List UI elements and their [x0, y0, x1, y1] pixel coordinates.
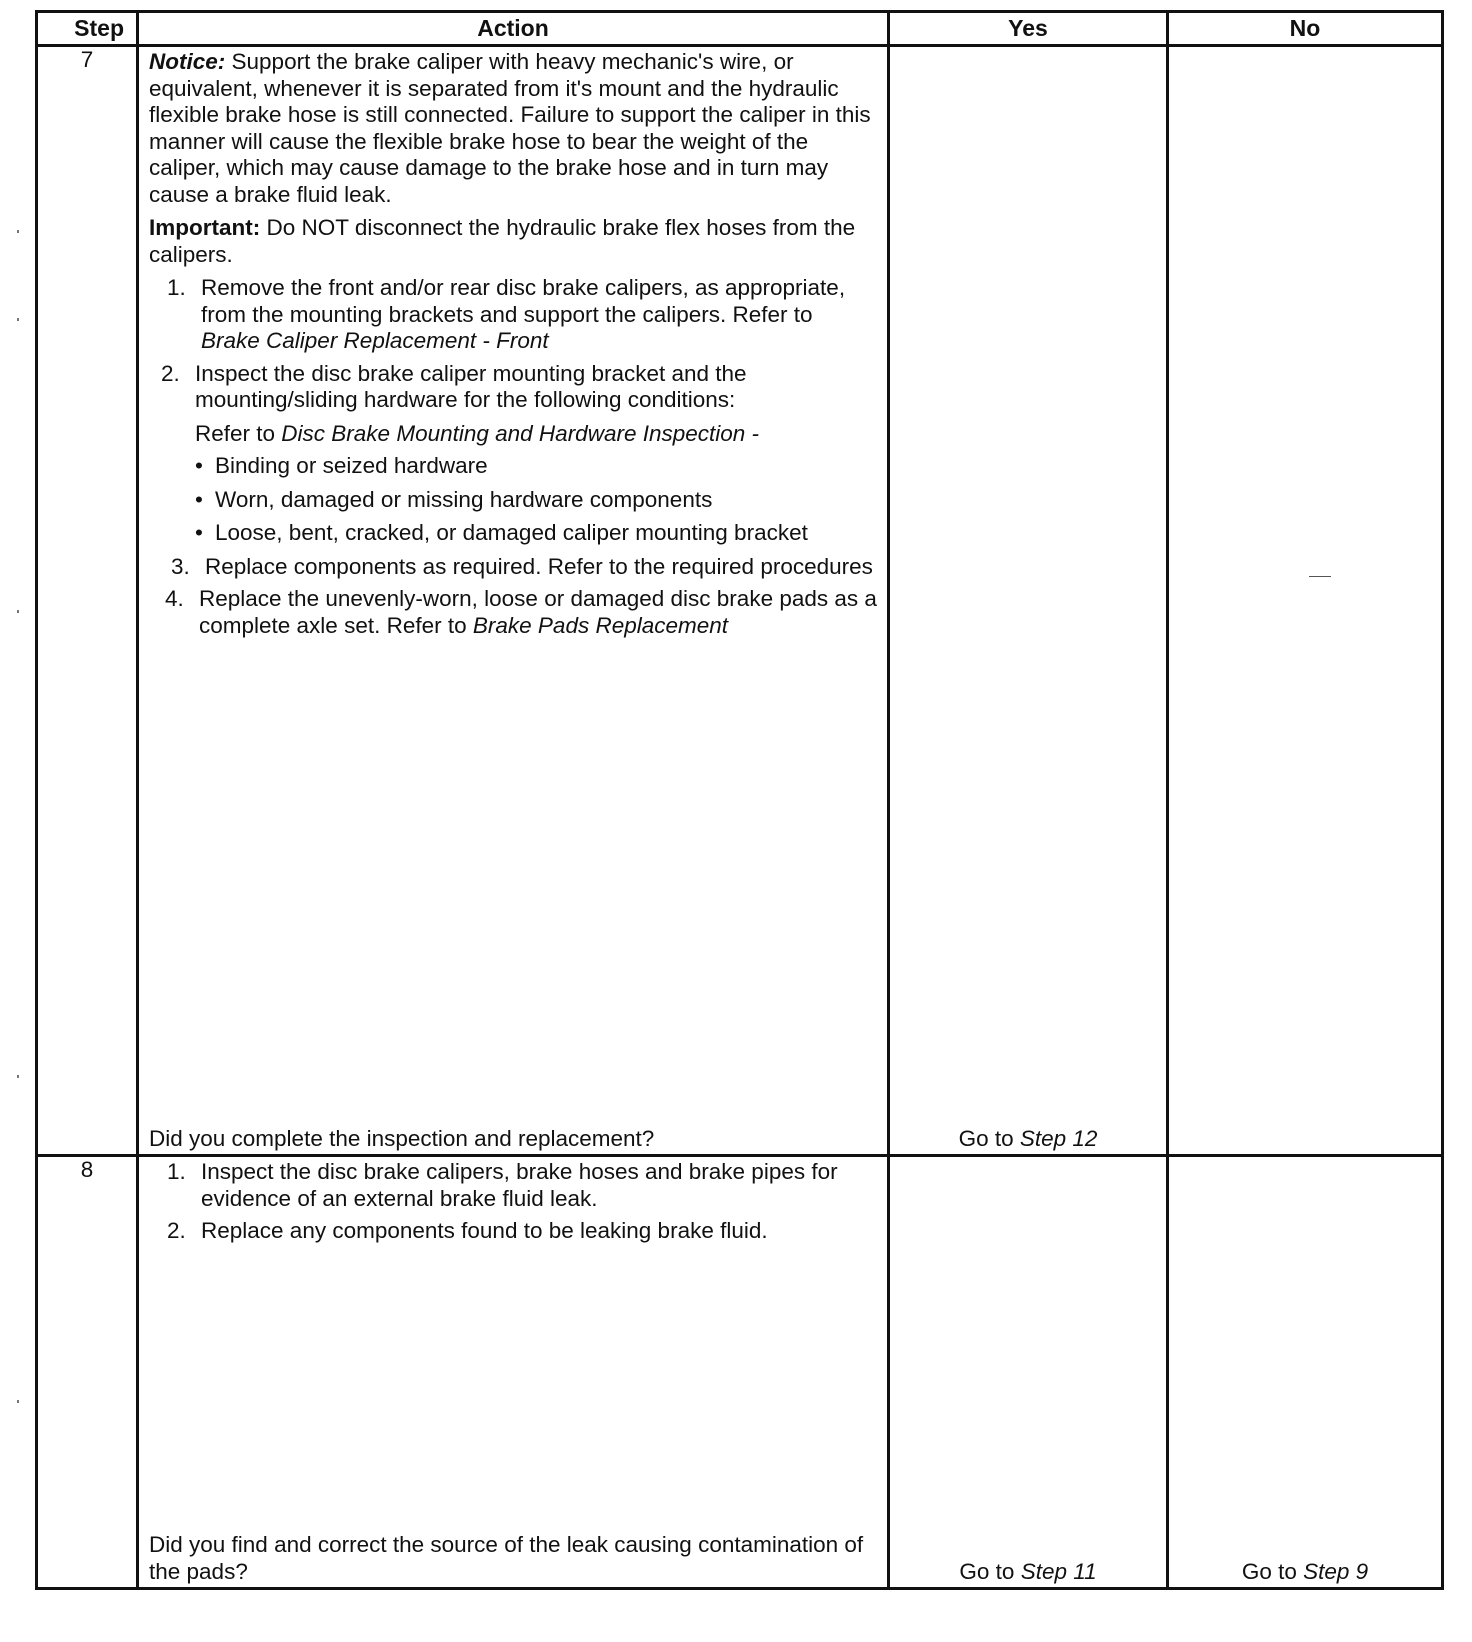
header-yes: Yes: [889, 12, 1168, 46]
important-label: Important:: [149, 215, 260, 240]
scan-artifact: [17, 1400, 19, 1403]
header-step: Step: [37, 12, 138, 46]
table-header-row: Step Action Yes No: [37, 12, 1443, 46]
not-applicable-dash: [1309, 576, 1331, 577]
important-paragraph: Important: Do NOT disconnect the hydraul…: [149, 215, 877, 268]
procedure-item-1: 1. Inspect the disc brake calipers, brak…: [149, 1159, 877, 1212]
bullet-icon: •: [195, 453, 203, 480]
scan-artifact: [17, 318, 19, 321]
diagnostic-table: Step Action Yes No 7 Notice: Support the…: [35, 10, 1444, 1590]
bullet-text: Loose, bent, cracked, or damaged caliper…: [215, 520, 808, 545]
item-number: 2.: [161, 361, 180, 388]
item-number: 3.: [171, 554, 190, 581]
bullet-item: •Worn, damaged or missing hardware compo…: [195, 487, 877, 514]
header-no: No: [1168, 12, 1443, 46]
item-number: 1.: [167, 1159, 186, 1186]
item-text: Replace any components found to be leaki…: [201, 1218, 768, 1243]
yes-outcome: Go to Step 12: [890, 1126, 1166, 1153]
notice-text: Support the brake caliper with heavy mec…: [149, 49, 871, 207]
item-number: 1.: [167, 275, 186, 302]
yes-cell: Go to Step 12: [889, 46, 1168, 1156]
reference-link-brake-caliper-replacement-front[interactable]: Brake Caliper Replacement - Front: [201, 328, 549, 353]
sub-reference-prefix: Refer to: [195, 421, 281, 446]
procedure-item-4: 4. Replace the unevenly-worn, loose or d…: [149, 586, 877, 639]
bullet-text: Worn, damaged or missing hardware compon…: [215, 487, 712, 512]
procedure-item-3: 3. Replace components as required. Refer…: [149, 554, 877, 581]
reference-link-brake-pads-replacement[interactable]: Brake Pads Replacement: [473, 613, 728, 638]
scan-artifact: [17, 1075, 19, 1078]
yes-outcome: Go to Step 11: [890, 1559, 1166, 1586]
notice-paragraph: Notice: Support the brake caliper with h…: [149, 49, 877, 208]
go-to-prefix: Go to: [959, 1559, 1020, 1584]
no-cell: [1168, 46, 1443, 1156]
bullet-item: •Loose, bent, cracked, or damaged calipe…: [195, 520, 877, 547]
decision-question: Did you complete the inspection and repl…: [149, 1126, 867, 1153]
step-number: 7: [81, 47, 94, 72]
item-text: Inspect the disc brake caliper mounting …: [195, 361, 747, 413]
diagnostic-table-page: Step Action Yes No 7 Notice: Support the…: [35, 10, 1441, 1590]
item-text: Remove the front and/or rear disc brake …: [201, 275, 845, 327]
item-number: 4.: [165, 586, 184, 613]
no-cell: Go to Step 9: [1168, 1156, 1443, 1589]
header-action: Action: [138, 12, 889, 46]
table-row-step-8: 8 1. Inspect the disc brake calipers, br…: [37, 1156, 1443, 1589]
scan-artifact: [17, 230, 19, 233]
go-to-step-9-link[interactable]: Step 9: [1303, 1559, 1368, 1584]
yes-cell: Go to Step 11: [889, 1156, 1168, 1589]
no-outcome: Go to Step 9: [1169, 1559, 1441, 1586]
step-number-cell: 8: [37, 1156, 138, 1589]
table-row-step-7: 7 Notice: Support the brake caliper with…: [37, 46, 1443, 1156]
notice-label: Notice:: [149, 49, 225, 74]
procedure-item-2: 2. Replace any components found to be le…: [149, 1218, 877, 1245]
item-text: Inspect the disc brake calipers, brake h…: [201, 1159, 838, 1211]
procedure-item-2: 2. Inspect the disc brake caliper mounti…: [149, 361, 877, 547]
item-text: Replace components as required. Refer to…: [205, 554, 873, 579]
reference-link-disc-brake-mounting-inspection[interactable]: Disc Brake Mounting and Hardware Inspect…: [281, 421, 759, 446]
bullet-item: •Binding or seized hardware: [195, 453, 877, 480]
procedure-list: 1. Remove the front and/or rear disc bra…: [149, 275, 877, 639]
procedure-item-1: 1. Remove the front and/or rear disc bra…: [149, 275, 877, 355]
bullet-text: Binding or seized hardware: [215, 453, 488, 478]
step-number-cell: 7: [37, 46, 138, 1156]
go-to-prefix: Go to: [959, 1126, 1020, 1151]
condition-bullets: •Binding or seized hardware •Worn, damag…: [195, 453, 877, 547]
scan-artifact: [17, 610, 19, 613]
bullet-icon: •: [195, 487, 203, 514]
go-to-step-11-link[interactable]: Step 11: [1021, 1559, 1097, 1584]
step-number: 8: [81, 1157, 94, 1182]
go-to-step-12-link[interactable]: Step 12: [1020, 1126, 1098, 1151]
decision-question: Did you find and correct the source of t…: [149, 1532, 867, 1585]
procedure-list: 1. Inspect the disc brake calipers, brak…: [149, 1159, 877, 1245]
action-cell: Notice: Support the brake caliper with h…: [138, 46, 889, 1156]
item-number: 2.: [167, 1218, 186, 1245]
bullet-icon: •: [195, 520, 203, 547]
action-cell: 1. Inspect the disc brake calipers, brak…: [138, 1156, 889, 1589]
sub-reference: Refer to Disc Brake Mounting and Hardwar…: [195, 421, 877, 448]
go-to-prefix: Go to: [1242, 1559, 1303, 1584]
